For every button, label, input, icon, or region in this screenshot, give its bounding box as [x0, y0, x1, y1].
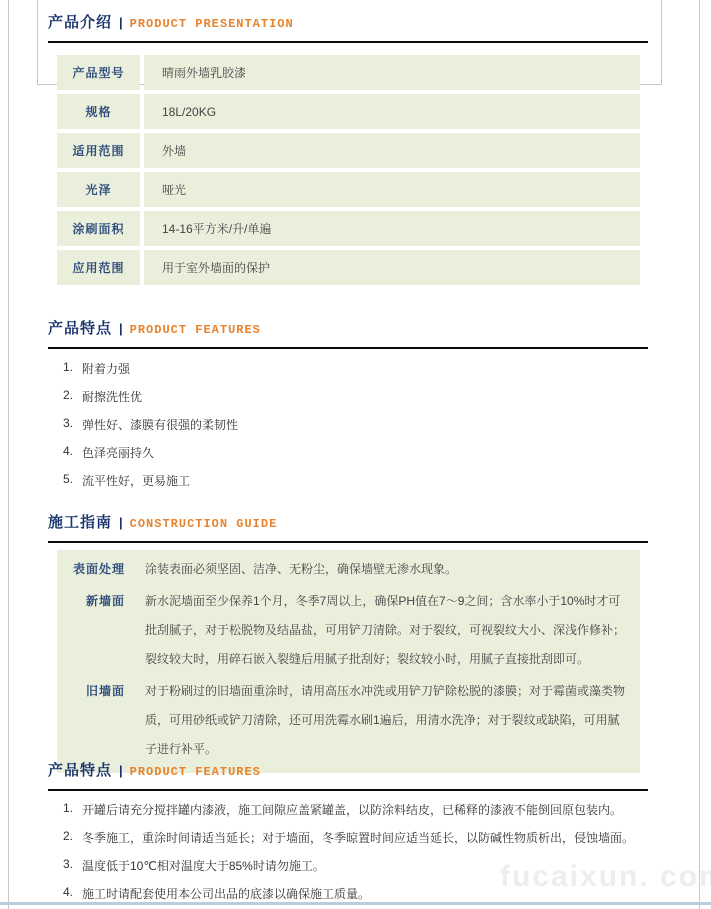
section-title-separator: |	[119, 763, 123, 778]
list-item-number: 4.	[63, 444, 82, 458]
spec-value: 18L/20KG	[144, 94, 640, 129]
table-row: 规格 18L/20KG	[57, 94, 640, 129]
list-item-text: 弹性好、漆膜有很强的柔韧性	[82, 416, 671, 433]
spec-label: 应用范围	[57, 250, 140, 285]
section-rule-intro	[48, 41, 648, 43]
section-title-en: PRODUCT PRESENTATION	[130, 17, 294, 31]
guide-label: 新墙面	[57, 587, 145, 674]
section-title-en: CONSTRUCTION GUIDE	[130, 517, 278, 531]
guide-label: 表面处理	[57, 555, 145, 584]
spec-value: 用于室外墙面的保护	[144, 250, 640, 285]
section-rule-guide	[48, 541, 648, 543]
guide-text: 对于粉刷过的旧墙面重涂时，请用高压水冲洗或用铲刀铲除松脱的漆膜；对于霉菌或藻类物…	[145, 677, 640, 764]
spec-value: 晴雨外墙乳胶漆	[144, 55, 640, 90]
list-item-number: 5.	[63, 472, 82, 486]
list-item-text: 耐擦洗性优	[82, 388, 671, 405]
list-item-number: 2.	[63, 829, 82, 843]
section-header-guide: 施工指南|CONSTRUCTION GUIDE	[48, 511, 277, 532]
section-rule-notes	[48, 789, 648, 791]
spec-label: 光泽	[57, 172, 140, 207]
section-title-en: PRODUCT FEATURES	[130, 765, 261, 779]
spec-label: 产品型号	[57, 55, 140, 90]
site-watermark: fucaixun. com	[500, 860, 711, 894]
table-row: 涂刷面积 14-16平方米/升/单遍	[57, 211, 640, 246]
section-rule-features	[48, 347, 648, 349]
list-item-number: 4.	[63, 885, 82, 899]
product-detail-page: 产品介绍|PRODUCT PRESENTATION 产品型号 晴雨外墙乳胶漆 规…	[0, 0, 711, 909]
table-row: 新墙面 新水泥墙面至少保养1个月，冬季7周以上，确保PH值在7～9之间；含水率小…	[57, 587, 640, 674]
section-title-en: PRODUCT FEATURES	[130, 323, 261, 337]
list-item-number: 1.	[63, 801, 82, 815]
section-title-cn: 产品特点	[48, 320, 112, 337]
guide-label: 旧墙面	[57, 677, 145, 764]
list-item-text: 冬季施工，重涂时间请适当延长；对于墙面，冬季晾置时间应适当延长，以防碱性物质析出…	[82, 829, 671, 846]
list-item-number: 2.	[63, 388, 82, 402]
construction-guide-table: 表面处理 涂装表面必须坚固、洁净、无粉尘，确保墙壁无渗水现象。 新墙面 新水泥墙…	[57, 550, 640, 773]
section-header-intro: 产品介绍|PRODUCT PRESENTATION	[48, 11, 294, 32]
section-title-separator: |	[119, 321, 123, 336]
guide-text: 新水泥墙面至少保养1个月，冬季7周以上，确保PH值在7～9之间；含水率小于10%…	[145, 587, 640, 674]
list-item-number: 1.	[63, 360, 82, 374]
section-title-cn: 产品特点	[48, 762, 112, 779]
table-row: 旧墙面 对于粉刷过的旧墙面重涂时，请用高压水冲洗或用铲刀铲除松脱的漆膜；对于霉菌…	[57, 677, 640, 764]
list-item: 1. 附着力强	[63, 360, 671, 388]
list-item-text: 开罐后请充分搅拌罐内漆液，施工间隙应盖紧罐盖，以防涂料结皮，已稀释的漆液不能倒回…	[82, 801, 671, 818]
spec-label: 适用范围	[57, 133, 140, 168]
spec-label: 规格	[57, 94, 140, 129]
list-item-number: 3.	[63, 857, 82, 871]
table-row: 适用范围 外墙	[57, 133, 640, 168]
table-row: 表面处理 涂装表面必须坚固、洁净、无粉尘，确保墙壁无渗水现象。	[57, 555, 640, 584]
spec-value: 外墙	[144, 133, 640, 168]
list-item-text: 附着力强	[82, 360, 671, 377]
section-header-features: 产品特点|PRODUCT FEATURES	[48, 317, 261, 338]
table-row: 应用范围 用于室外墙面的保护	[57, 250, 640, 285]
spec-value: 哑光	[144, 172, 640, 207]
list-item-text: 流平性好，更易施工	[82, 472, 671, 489]
section-title-cn: 产品介绍	[48, 14, 112, 31]
list-item: 2. 耐擦洗性优	[63, 388, 671, 416]
page-frame-right	[699, 0, 700, 909]
list-item: 5. 流平性好，更易施工	[63, 472, 671, 500]
list-item-number: 3.	[63, 416, 82, 430]
list-item: 3. 弹性好、漆膜有很强的柔韧性	[63, 416, 671, 444]
list-item: 4. 色泽亮丽持久	[63, 444, 671, 472]
features-list: 1. 附着力强 2. 耐擦洗性优 3. 弹性好、漆膜有很强的柔韧性 4. 色泽亮…	[63, 360, 671, 500]
bottom-divider-bar	[0, 902, 711, 905]
page-frame-left	[8, 0, 9, 909]
list-item: 1. 开罐后请充分搅拌罐内漆液，施工间隙应盖紧罐盖，以防涂料结皮，已稀释的漆液不…	[63, 801, 671, 829]
table-row: 光泽 哑光	[57, 172, 640, 207]
table-row: 产品型号 晴雨外墙乳胶漆	[57, 55, 640, 90]
section-title-separator: |	[119, 15, 123, 30]
section-header-notes: 产品特点|PRODUCT FEATURES	[48, 759, 261, 780]
list-item: 2. 冬季施工，重涂时间请适当延长；对于墙面，冬季晾置时间应适当延长，以防碱性物…	[63, 829, 671, 857]
section-title-separator: |	[119, 515, 123, 530]
list-item-text: 色泽亮丽持久	[82, 444, 671, 461]
guide-text: 涂装表面必须坚固、洁净、无粉尘，确保墙壁无渗水现象。	[145, 555, 640, 584]
spec-label: 涂刷面积	[57, 211, 140, 246]
spec-table: 产品型号 晴雨外墙乳胶漆 规格 18L/20KG 适用范围 外墙 光泽 哑光 涂…	[57, 55, 640, 289]
spec-value: 14-16平方米/升/单遍	[144, 211, 640, 246]
section-title-cn: 施工指南	[48, 514, 112, 531]
